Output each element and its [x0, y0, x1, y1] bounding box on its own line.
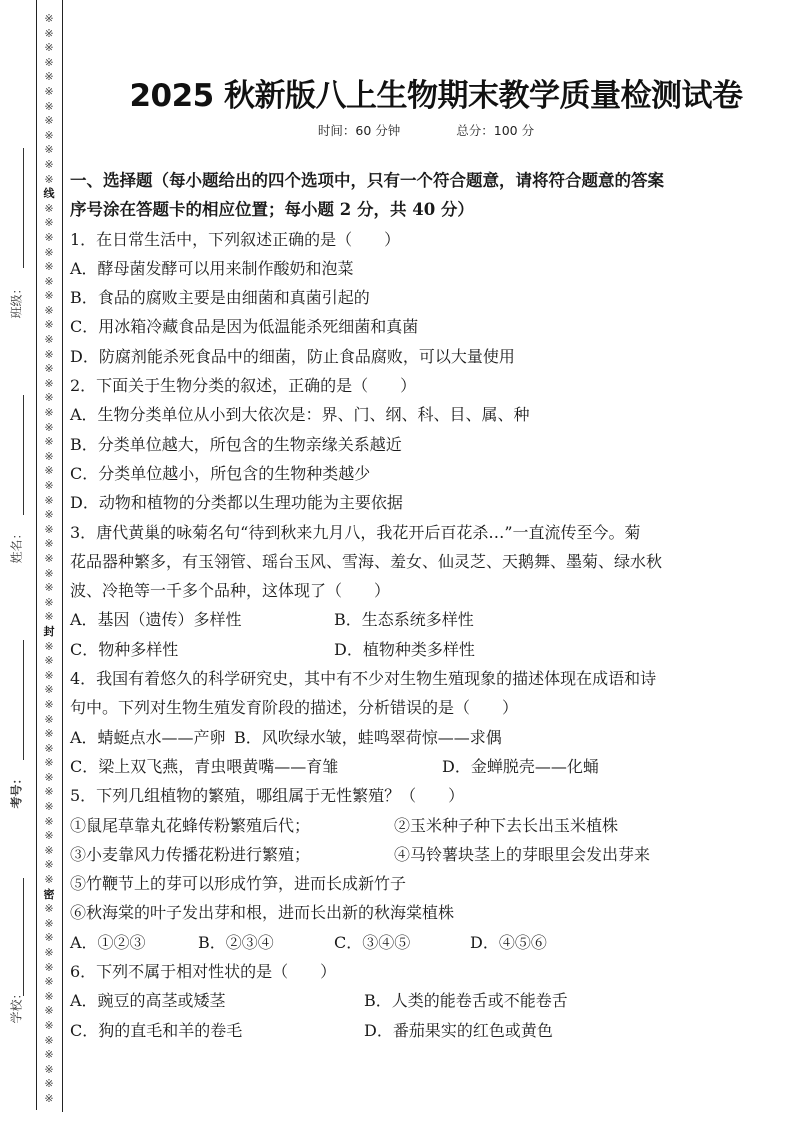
option-a[interactable]: A．蜻蜓点水——产卵	[70, 723, 234, 752]
question-stem: 6．下列不属于相对性状的是（ ）	[70, 957, 782, 986]
reference-mark-icon: ※	[41, 1063, 57, 1078]
reference-mark-icon: ※	[41, 581, 57, 596]
reference-mark-icon: ※	[41, 450, 57, 465]
reference-mark-icon: ※	[41, 421, 57, 436]
reference-mark-icon: ※	[41, 523, 57, 538]
reference-mark-icon: ※	[41, 961, 57, 976]
reference-mark-icon: ※	[41, 1092, 57, 1107]
option-d[interactable]: D．番茄果实的红色或黄色	[364, 1016, 553, 1045]
option-c[interactable]: C．狗的直毛和羊的卷毛	[70, 1016, 364, 1045]
reference-mark-icon: ※	[41, 596, 57, 611]
question-content: 一、选择题（每小题给出的四个选项中，只有一个符合题意，请将符合题意的答案 序号涂…	[70, 166, 782, 1045]
question-stem: 5．下列几组植物的繁殖，哪组属于无性繁殖？（ ）	[70, 781, 782, 810]
reference-mark-icon: ※	[41, 931, 57, 946]
total-score: 总分：100 分	[456, 121, 534, 139]
option-b[interactable]: B．食品的腐败主要是由细菌和真菌引起的	[70, 283, 782, 312]
reference-mark-icon: ※	[41, 70, 57, 85]
binding-line-inner	[62, 0, 63, 1112]
question-4: 4．我国有着悠久的科学研究史，其中有不少对生物生殖现象的描述体现在成语和诗 句中…	[70, 664, 782, 781]
question-stem-cont: 花品器种繁多，有玉翎管、瑶台玉风、雪海、羞女、仙灵芝、天鹅舞、墨菊、绿水秋	[70, 547, 782, 576]
reference-mark-icon: ※	[41, 946, 57, 961]
class-field[interactable]: 班级：	[4, 148, 28, 358]
reference-mark-icon: ※	[41, 143, 57, 158]
reference-mark-icon: ※	[41, 975, 57, 990]
school-field[interactable]: 学校：	[4, 878, 28, 1048]
name-label: 姓名：	[8, 544, 25, 564]
time-limit: 时间：60 分钟	[318, 121, 400, 139]
reference-mark-icon: ※	[41, 391, 57, 406]
option-b[interactable]: B．风吹绿水皱，蛙鸣翠荷惊——求偶	[234, 723, 502, 752]
binding-line-outer	[36, 0, 37, 1110]
reference-mark-icon: ※	[41, 41, 57, 56]
reference-mark-icon: ※	[41, 1019, 57, 1034]
binding-margin: ※※※※※※※※※※※※线※※※※※※※※※※※※※※※※※※※※※※※※※※※…	[0, 0, 64, 1122]
reference-mark-icon: ※	[41, 567, 57, 582]
reference-mark-icon: ※	[41, 12, 57, 27]
question-stem: 2．下面关于生物分类的叙述，正确的是（ ）	[70, 371, 782, 400]
class-label: 班级：	[8, 299, 25, 319]
option-c[interactable]: C．③④⑤	[334, 928, 470, 957]
question-1: 1．在日常生活中，下列叙述正确的是（ ） A．酵母菌发酵可以用来制作酸奶和泡菜 …	[70, 225, 782, 371]
reference-mark-icon: ※	[41, 348, 57, 363]
option-c[interactable]: C．物种多样性	[70, 635, 334, 664]
reference-mark-icon: ※	[41, 377, 57, 392]
reference-mark-icon: ※	[41, 260, 57, 275]
option-row: C．梁上双飞燕，青虫喂黄嘴——育雏 D．金蝉脱壳——化蛹	[70, 752, 782, 781]
reference-mark-icon: ※	[41, 464, 57, 479]
reference-mark-icon: ※	[41, 27, 57, 42]
seal-keyword: 密	[41, 888, 57, 903]
reference-mark-icon: ※	[41, 100, 57, 115]
reference-mark-icon: ※	[41, 158, 57, 173]
class-underline	[23, 148, 24, 268]
reference-mark-icon: ※	[41, 173, 57, 188]
reference-mark-icon: ※	[41, 406, 57, 421]
item-3: ③小麦靠风力传播花粉进行繁殖；	[70, 840, 394, 869]
question-3: 3．唐代黄巢的咏菊名句“待到秋来九月八，我花开后百花杀…”一直流传至今。菊 花品…	[70, 518, 782, 664]
reference-mark-icon: ※	[41, 785, 57, 800]
option-c[interactable]: C．分类单位越小，所包含的生物种类越少	[70, 459, 782, 488]
reference-mark-icon: ※	[41, 727, 57, 742]
question-stem-cont: 波、冷艳等一千多个品种，这体现了（ ）	[70, 576, 782, 605]
option-d[interactable]: D．防腐剂能杀死食品中的细菌，防止食品腐败，可以大量使用	[70, 342, 782, 371]
reference-mark-icon: ※	[41, 362, 57, 377]
reference-mark-icon: ※	[41, 552, 57, 567]
question-stem: 4．我国有着悠久的科学研究史，其中有不少对生物生殖现象的描述体现在成语和诗	[70, 664, 782, 693]
name-field[interactable]: 姓名：	[4, 395, 28, 595]
option-c[interactable]: C．用冰箱冷藏食品是因为低温能杀死细菌和真菌	[70, 312, 782, 341]
option-row: A．①②③ B．②③④ C．③④⑤ D．④⑤⑥	[70, 928, 782, 957]
reference-mark-icon: ※	[41, 275, 57, 290]
reference-mark-icon: ※	[41, 1077, 57, 1092]
reference-mark-icon: ※	[41, 844, 57, 859]
reference-mark-icon: ※	[41, 304, 57, 319]
option-b[interactable]: B．生态系统多样性	[334, 605, 474, 634]
school-label: 学校：	[8, 1004, 25, 1024]
reference-mark-icon: ※	[41, 435, 57, 450]
reference-mark-icon: ※	[41, 246, 57, 261]
option-d[interactable]: D．④⑤⑥	[470, 928, 547, 957]
option-b[interactable]: B．②③④	[198, 928, 334, 957]
page-title: 2025 秋新版八上生物期末教学质量检测试卷	[86, 70, 786, 115]
reference-mark-icon: ※	[41, 742, 57, 757]
option-a[interactable]: A．生物分类单位从小到大依次是：界、门、纲、科、目、属、种	[70, 400, 782, 429]
reference-mark-icon: ※	[41, 990, 57, 1005]
option-d[interactable]: D．动物和植物的分类都以生理功能为主要依据	[70, 488, 782, 517]
reference-mark-icon: ※	[41, 640, 57, 655]
seal-keyword: 封	[41, 625, 57, 640]
item-6: ⑥秋海棠的叶子发出芽和根，进而长出新的秋海棠植株	[70, 898, 782, 927]
item-2: ②玉米种子种下去长出玉米植株	[394, 811, 618, 840]
reference-mark-icon: ※	[41, 85, 57, 100]
school-underline	[23, 878, 24, 996]
exam-meta: 时间：60 分钟 总分：100 分	[70, 121, 782, 139]
reference-mark-icon: ※	[41, 669, 57, 684]
reference-mark-icon: ※	[41, 713, 57, 728]
reference-mark-icon: ※	[41, 56, 57, 71]
reference-mark-icon: ※	[41, 216, 57, 231]
option-d[interactable]: D．金蝉脱壳——化蛹	[442, 752, 599, 781]
reference-mark-icon: ※	[41, 1004, 57, 1019]
reference-mark-icon: ※	[41, 537, 57, 552]
reference-mark-icon: ※	[41, 289, 57, 304]
reference-mark-icon: ※	[41, 610, 57, 625]
option-a[interactable]: A．①②③	[70, 928, 198, 957]
name-underline	[23, 395, 24, 515]
reference-mark-icon: ※	[41, 771, 57, 786]
question-stem: 3．唐代黄巢的咏菊名句“待到秋来九月八，我花开后百花杀…”一直流传至今。菊	[70, 518, 782, 547]
question-6: 6．下列不属于相对性状的是（ ） A．豌豆的高茎或矮茎 B．人类的能卷舌或不能卷…	[70, 957, 782, 1045]
reference-mark-icon: ※	[41, 114, 57, 129]
reference-mark-icon: ※	[41, 129, 57, 144]
reference-mark-icon: ※	[41, 829, 57, 844]
question-stem-cont: 句中。下列对生物生殖发育阶段的描述，分析错误的是（ ）	[70, 693, 782, 722]
option-row: A．蜻蜓点水——产卵 B．风吹绿水皱，蛙鸣翠荷惊——求偶	[70, 723, 782, 752]
reference-mark-icon: ※	[41, 231, 57, 246]
section-heading: 一、选择题（每小题给出的四个选项中，只有一个符合题意，请将符合题意的答案	[70, 166, 782, 195]
question-2: 2．下面关于生物分类的叙述，正确的是（ ） A．生物分类单位从小到大依次是：界、…	[70, 371, 782, 517]
item-4: ④马铃薯块茎上的芽眼里会发出芽来	[394, 840, 650, 869]
reference-mark-icon: ※	[41, 508, 57, 523]
item-row: ①鼠尾草靠丸花蜂传粉繁殖后代； ②玉米种子种下去长出玉米植株	[70, 811, 782, 840]
option-b[interactable]: B．人类的能卷舌或不能卷舌	[364, 986, 568, 1015]
item-1: ①鼠尾草靠丸花蜂传粉繁殖后代；	[70, 811, 394, 840]
reference-mark-icon: ※	[41, 494, 57, 509]
reference-mark-icon: ※	[41, 318, 57, 333]
option-b[interactable]: B．分类单位越大，所包含的生物亲缘关系越近	[70, 430, 782, 459]
exam-number-underline	[23, 640, 24, 760]
seal-line-marks: ※※※※※※※※※※※※线※※※※※※※※※※※※※※※※※※※※※※※※※※※…	[41, 12, 57, 1107]
reference-mark-icon: ※	[41, 479, 57, 494]
reference-mark-icon: ※	[41, 858, 57, 873]
option-a[interactable]: A．酵母菌发酵可以用来制作酸奶和泡菜	[70, 254, 782, 283]
reference-mark-icon: ※	[41, 202, 57, 217]
reference-mark-icon: ※	[41, 873, 57, 888]
reference-mark-icon: ※	[41, 683, 57, 698]
question-5: 5．下列几组植物的繁殖，哪组属于无性繁殖？（ ） ①鼠尾草靠丸花蜂传粉繁殖后代；…	[70, 781, 782, 957]
item-row: ③小麦靠风力传播花粉进行繁殖； ④马铃薯块茎上的芽眼里会发出芽来	[70, 840, 782, 869]
reference-mark-icon: ※	[41, 815, 57, 830]
item-5: ⑤竹鞭节上的芽可以形成竹笋，进而长成新竹子	[70, 869, 782, 898]
option-a[interactable]: A．豌豆的高茎或矮茎	[70, 986, 364, 1015]
option-a[interactable]: A．基因（遗传）多样性	[70, 605, 334, 634]
reference-mark-icon: ※	[41, 902, 57, 917]
exam-number-field[interactable]: 考号：	[4, 640, 28, 820]
option-row: A．豌豆的高茎或矮茎 B．人类的能卷舌或不能卷舌	[70, 986, 782, 1015]
section-heading-cont: 序号涂在答题卡的相应位置；每小题 2 分，共 40 分）	[70, 195, 782, 224]
reference-mark-icon: ※	[41, 1048, 57, 1063]
exam-number-label: 考号：	[8, 789, 25, 809]
reference-mark-icon: ※	[41, 654, 57, 669]
option-c[interactable]: C．梁上双飞燕，青虫喂黄嘴——育雏	[70, 752, 442, 781]
option-row: C．狗的直毛和羊的卷毛 D．番茄果实的红色或黄色	[70, 1016, 782, 1045]
reference-mark-icon: ※	[41, 333, 57, 348]
option-d[interactable]: D．植物种类多样性	[334, 635, 475, 664]
reference-mark-icon: ※	[41, 800, 57, 815]
option-row: A．基因（遗传）多样性 B．生态系统多样性	[70, 605, 782, 634]
reference-mark-icon: ※	[41, 698, 57, 713]
question-stem: 1．在日常生活中，下列叙述正确的是（ ）	[70, 225, 782, 254]
option-row: C．物种多样性 D．植物种类多样性	[70, 635, 782, 664]
reference-mark-icon: ※	[41, 1034, 57, 1049]
reference-mark-icon: ※	[41, 917, 57, 932]
reference-mark-icon: ※	[41, 756, 57, 771]
seal-keyword: 线	[41, 187, 57, 202]
